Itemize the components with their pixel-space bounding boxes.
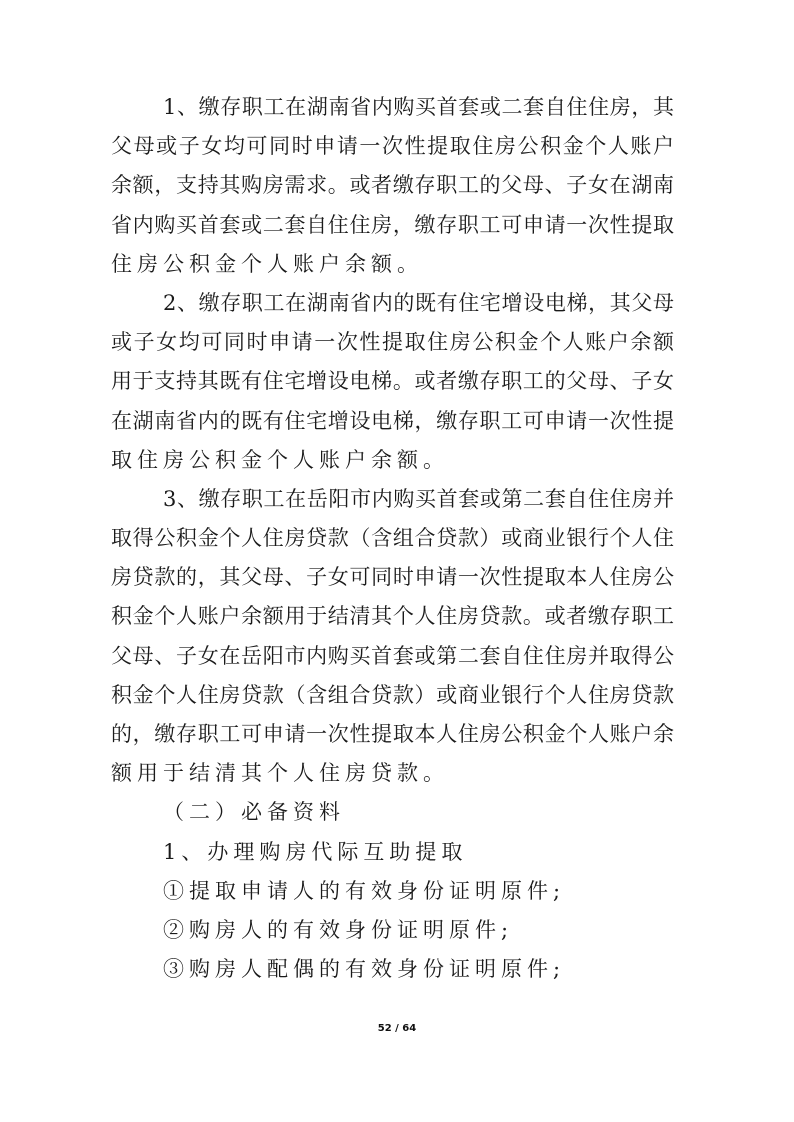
text-line: 2、缴存职工在湖南省内的既有住宅增设电梯，其父母 — [111, 284, 674, 323]
page-number: 52 / 64 — [0, 1023, 794, 1034]
required-documents-list: ①提取申请人的有效身份证明原件; ②购房人的有效身份证明原件; ③购房人配偶的有… — [111, 872, 674, 990]
paragraph-1: 1、缴存职工在湖南省内购买首套或二套自住住房，其 父母或子女均可同时申请一次性提… — [111, 88, 674, 284]
text-line: 或子女均可同时申请一次性提取住房公积金个人账户余额 — [111, 323, 674, 362]
text-line: 积金个人住房贷款（含组合贷款）或商业银行个人住房贷款 — [111, 676, 674, 715]
text-line: 在湖南省内的既有住宅增设电梯，缴存职工可申请一次性提 — [111, 402, 674, 441]
text-line: 3、缴存职工在岳阳市内购买首套或第二套自住住房并 — [111, 480, 674, 519]
text-line: 住房公积金个人账户余额。 — [111, 245, 674, 284]
text-line: 额用于结清其个人住房贷款。 — [111, 754, 674, 793]
text-line: 房贷款的，其父母、子女可同时申请一次性提取本人住房公 — [111, 558, 674, 597]
paragraph-2: 2、缴存职工在湖南省内的既有住宅增设电梯，其父母 或子女均可同时申请一次性提取住… — [111, 284, 674, 480]
document-page: 1、缴存职工在湖南省内购买首套或二套自住住房，其 父母或子女均可同时申请一次性提… — [111, 88, 674, 989]
text-line: 积金个人账户余额用于结清其个人住房贷款。或者缴存职工 — [111, 597, 674, 636]
text-line: 1、缴存职工在湖南省内购买首套或二套自住住房，其 — [111, 88, 674, 127]
list-item: ③购房人配偶的有效身份证明原件; — [111, 950, 674, 989]
section-heading: （二）必备资料 — [111, 793, 674, 832]
text-line: 取住房公积金个人账户余额。 — [111, 441, 674, 480]
text-line: 父母、子女在岳阳市内购买首套或第二套自住住房并取得公 — [111, 637, 674, 676]
subsection-heading: 1、办理购房代际互助提取 — [111, 833, 674, 872]
text-line: 取得公积金个人住房贷款（含组合贷款）或商业银行个人住 — [111, 519, 674, 558]
text-line: 余额，支持其购房需求。或者缴存职工的父母、子女在湖南 — [111, 166, 674, 205]
list-item: ②购房人的有效身份证明原件; — [111, 911, 674, 950]
text-line: 用于支持其既有住宅增设电梯。或者缴存职工的父母、子女 — [111, 362, 674, 401]
paragraph-3: 3、缴存职工在岳阳市内购买首套或第二套自住住房并 取得公积金个人住房贷款（含组合… — [111, 480, 674, 794]
text-line: 父母或子女均可同时申请一次性提取住房公积金个人账户 — [111, 127, 674, 166]
list-item: ①提取申请人的有效身份证明原件; — [111, 872, 674, 911]
text-line: 省内购买首套或二套自住住房，缴存职工可申请一次性提取 — [111, 206, 674, 245]
text-line: 的，缴存职工可申请一次性提取本人住房公积金个人账户余 — [111, 715, 674, 754]
